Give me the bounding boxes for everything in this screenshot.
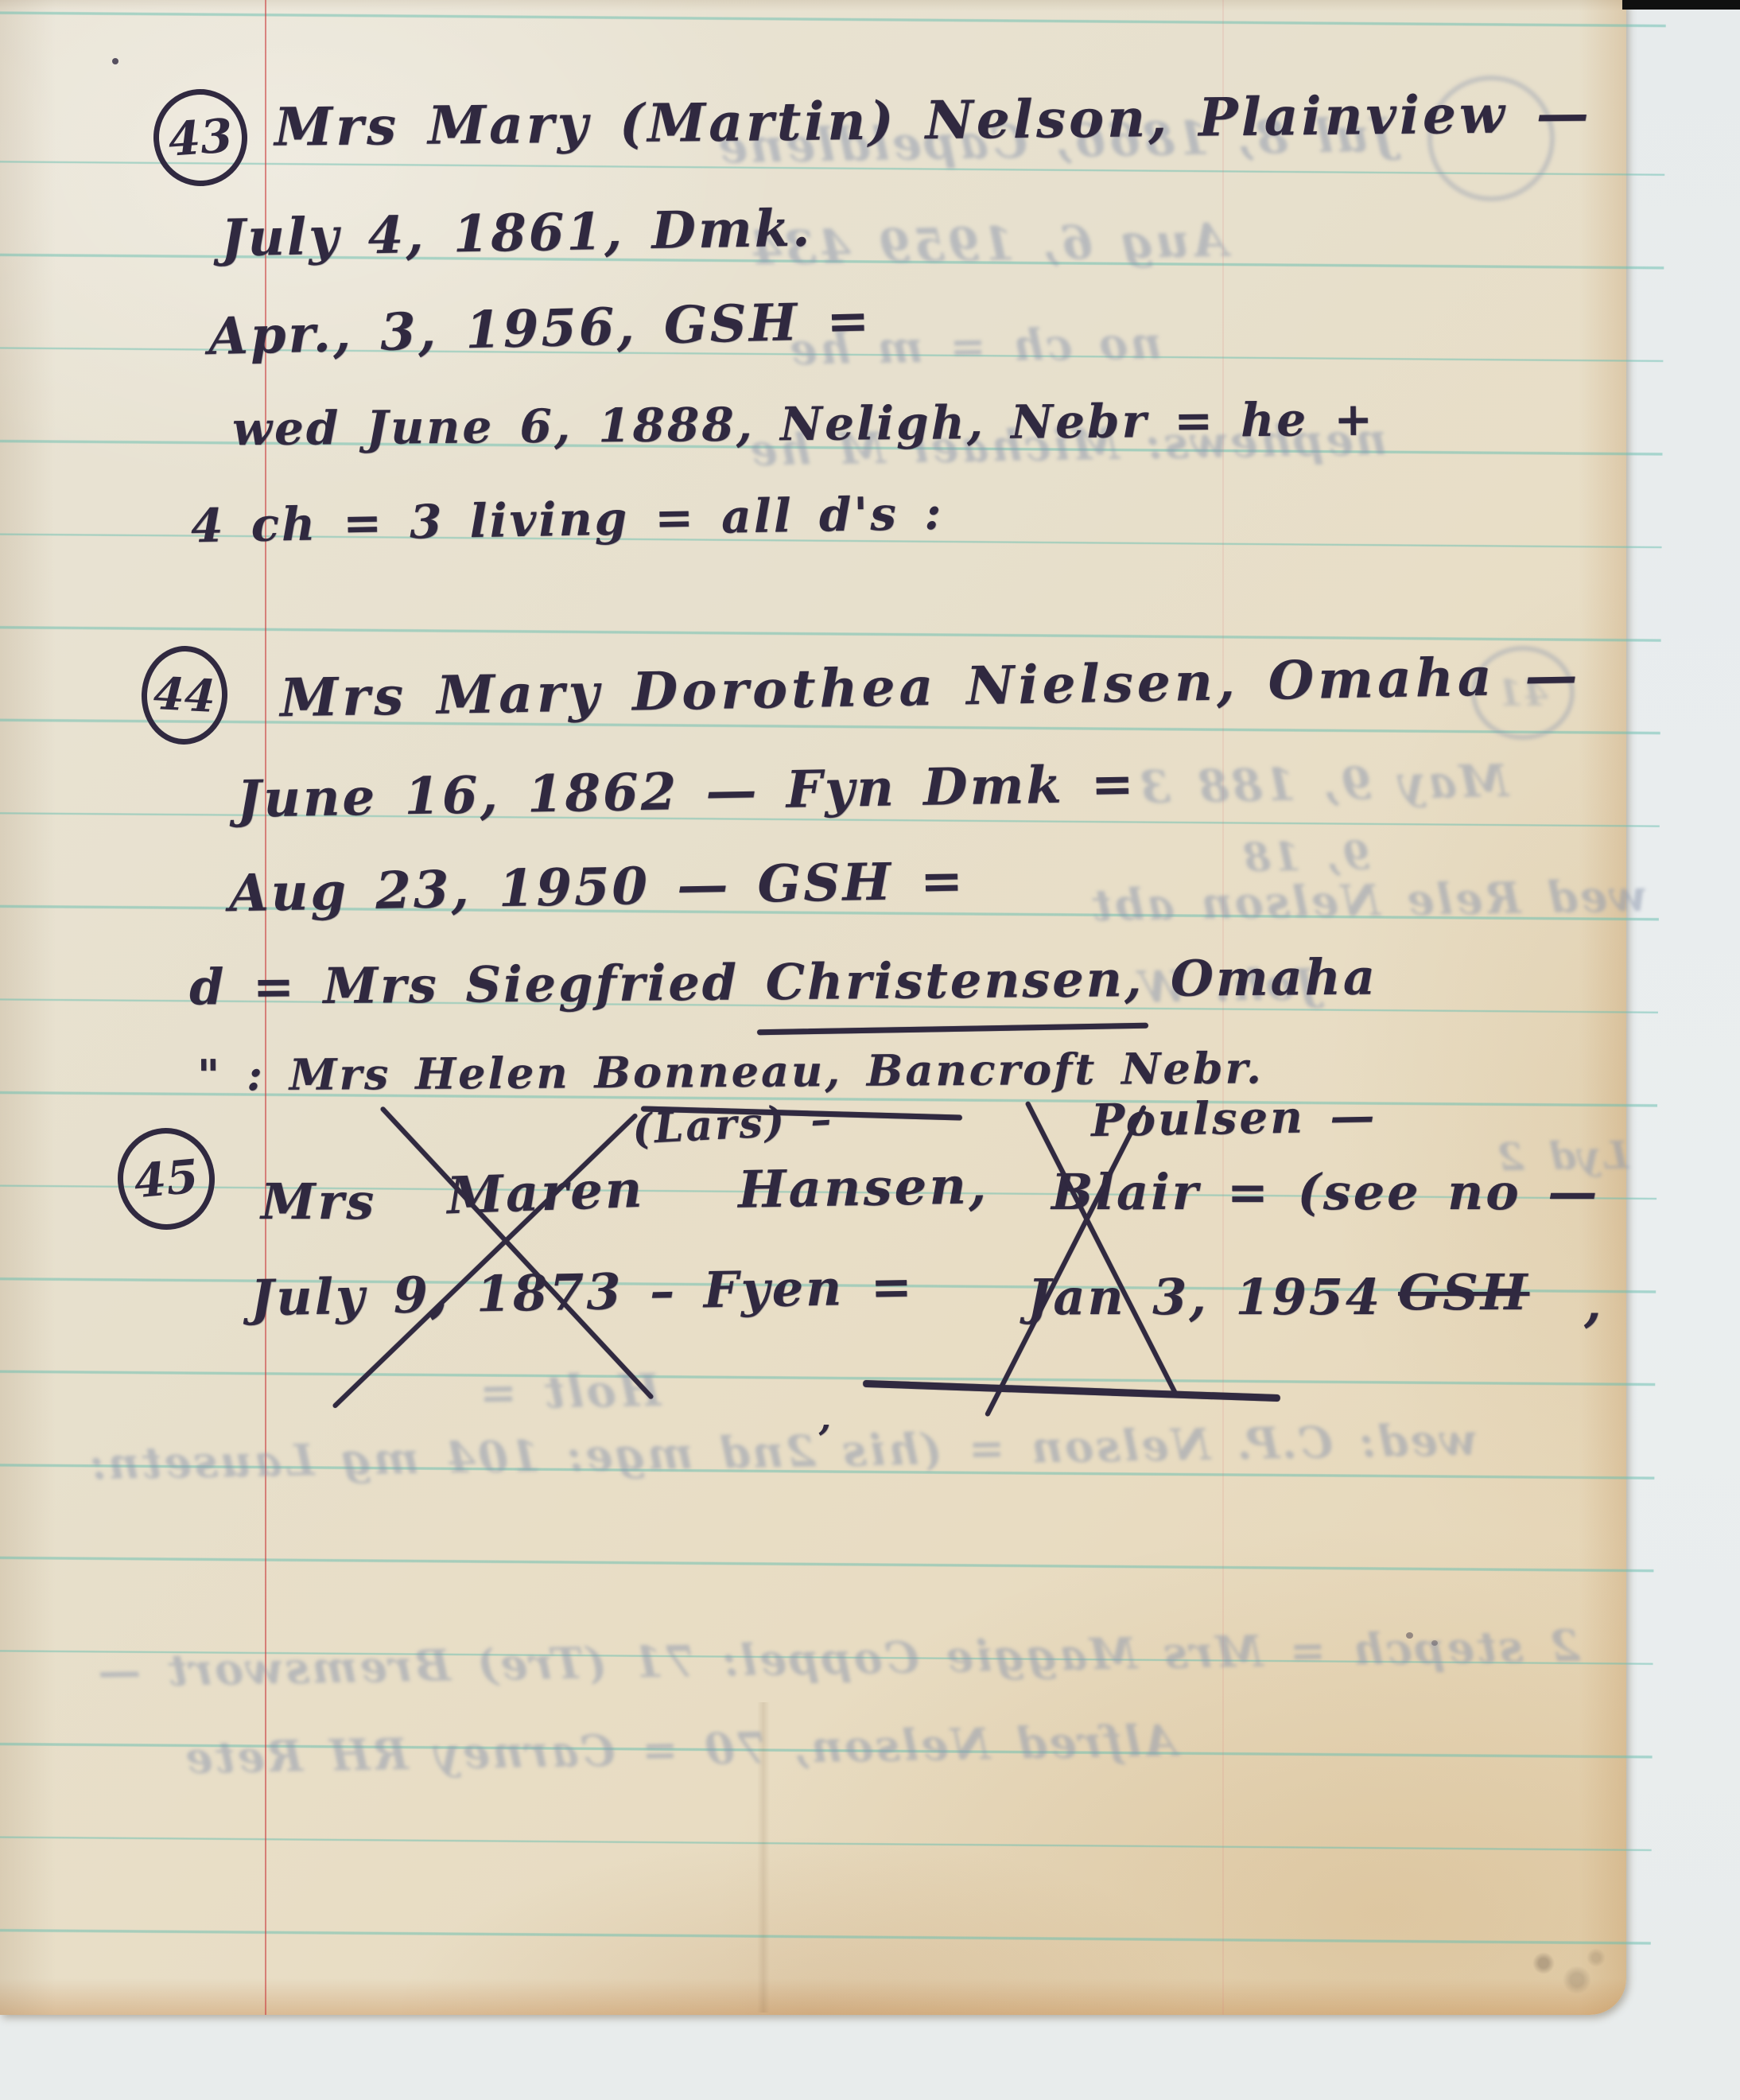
scan-edge-strip (1622, 0, 1740, 10)
handwritten-word-crossed-out: Hansen, (737, 1161, 988, 1215)
bleedthrough-line: May 9, 188 3 (1137, 759, 1509, 810)
inserted-correction: Poulsen — (1091, 1094, 1377, 1143)
handwritten-line: July 4, 1861, Dmk. (220, 204, 812, 265)
handwritten-mark: ’ (818, 1421, 833, 1459)
inserted-correction: (Lars) – (631, 1099, 835, 1150)
handwritten-word: Blair = (see no — (1051, 1168, 1599, 1217)
handwritten-line: Aug 23, 1950 — GSH = (229, 856, 966, 920)
handwritten-line: June 16, 1862 — Fyn Dmk = (237, 759, 1137, 826)
ink-speck (1406, 1632, 1413, 1639)
ink-speck (1431, 1640, 1438, 1646)
handwritten-line: July 9, 1873 – Fyen = (251, 1262, 915, 1324)
handwritten-word-struck: GSH (1398, 1268, 1529, 1317)
notebook-page: Jul 8, 1866, Capeldlene Aug 6, 1959 434 … (0, 0, 1626, 2015)
bleedthrough-line: wed Rele Nelson abt (1089, 874, 1648, 927)
bleedthrough-line: 9, 18 (1241, 836, 1371, 878)
handwritten-mark: , (1584, 1279, 1604, 1328)
handwritten-line: Jan 3, 1954 (1027, 1273, 1382, 1322)
ink-speck (112, 58, 118, 64)
bleedthrough-line: Aug 6, 1959 434 (748, 217, 1228, 272)
handwritten-line: d = Mrs Siegfried Christensen, Omaha (189, 952, 1377, 1012)
handwritten-word: Mrs (261, 1177, 376, 1227)
handwritten-line: " : Mrs Helen Bonneau, Bancroft Nebr. (197, 1046, 1264, 1096)
handwritten-line: Apr., 3, 1956, GSH = (208, 296, 872, 363)
handwritten-line: Mrs Mary (Martin) Nelson, Plainview — (274, 87, 1592, 153)
paper-stain (1515, 1941, 1610, 1997)
handwritten-line: wed June 6, 1888, Neligh, Nebr = he + (232, 396, 1375, 453)
handwritten-line: 4 ch = 3 living = all d's : (191, 490, 944, 550)
handwritten-word-crossed-out: Maren (446, 1165, 645, 1223)
